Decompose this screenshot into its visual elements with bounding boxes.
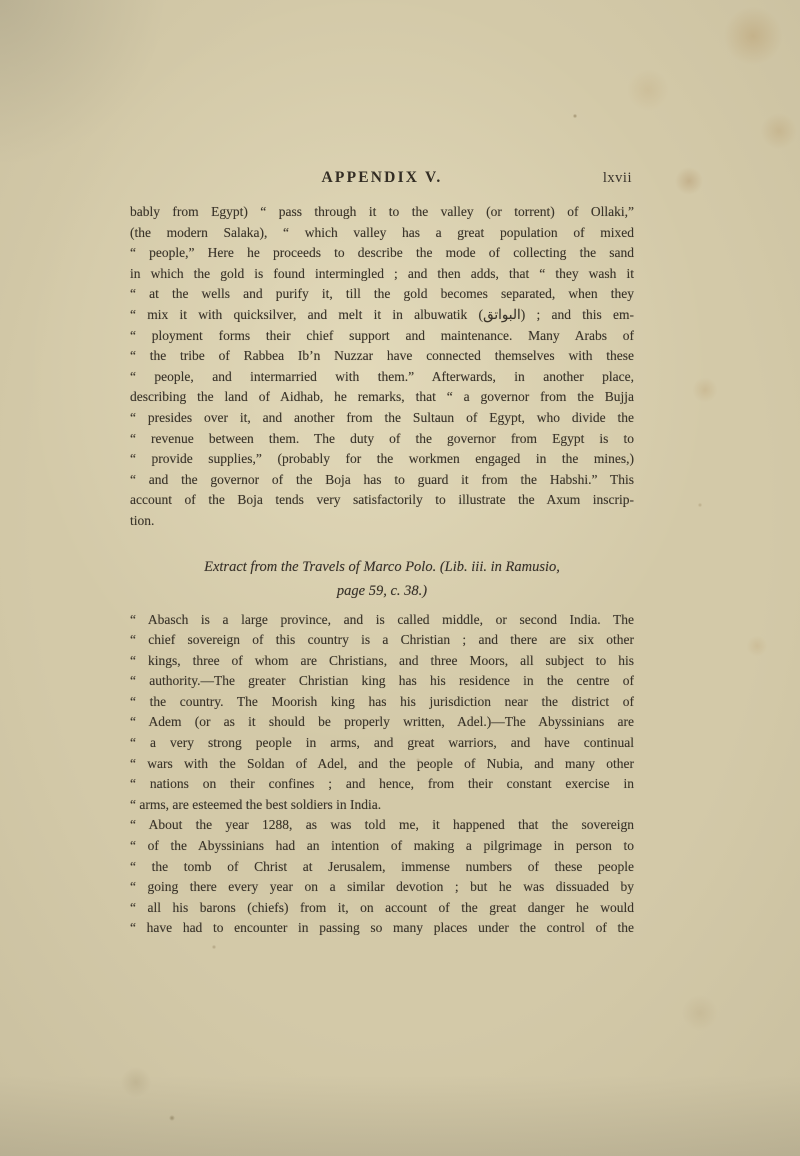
paragraph-year-1288: “ About the year 1288, as was told me, i… xyxy=(130,815,634,939)
text-line: “ the tomb of Christ at Jerusalem, immen… xyxy=(130,857,634,878)
text-line: “ chief sovereign of this country is a C… xyxy=(130,630,634,651)
paragraph-abasch-province: “ Abasch is a large province, and is cal… xyxy=(130,610,634,816)
text-line: “ all his barons (chiefs) from it, on ac… xyxy=(130,898,634,919)
text-line: “ ployment forms their chief support and… xyxy=(130,326,634,347)
text-line: bably from Egypt) “ pass through it to t… xyxy=(130,202,634,223)
text-line: “ have had to encounter in passing so ma… xyxy=(130,918,634,939)
text-line: (the modern Salaka), “ which valley has … xyxy=(130,223,634,244)
text-line: “ revenue between them. The duty of the … xyxy=(130,429,634,450)
section-heading: Extract from the Travels of Marco Polo. … xyxy=(130,555,634,603)
page-header: APPENDIX V. lxvii xyxy=(130,169,634,191)
text-line: “ a very strong people in arms, and grea… xyxy=(130,733,634,754)
text-line: “ presides over it, and another from the… xyxy=(130,408,634,429)
appendix-title: APPENDIX V. xyxy=(130,169,634,187)
text-line: “ kings, three of whom are Christians, a… xyxy=(130,651,634,672)
text-line: in which the gold is found intermingled … xyxy=(130,264,634,285)
heading-line-1: Extract from the Travels of Marco Polo. … xyxy=(130,555,634,579)
text-line: “ About the year 1288, as was told me, i… xyxy=(130,815,634,836)
text-line: “ arms, are esteemed the best soldiers i… xyxy=(130,795,634,816)
text-line: “ people, and intermarried with them.” A… xyxy=(130,367,634,388)
text-line: “ going there every year on a similar de… xyxy=(130,877,634,898)
text-line: “ the tribe of Rabbea Ib’n Nuzzar have c… xyxy=(130,346,634,367)
text-line: “ mix it with quicksilver, and melt it i… xyxy=(130,305,634,326)
heading-line-2: page 59, c. 38.) xyxy=(130,579,634,603)
text-line: describing the land of Aidhab, he remark… xyxy=(130,387,634,408)
text-line: “ Abasch is a large province, and is cal… xyxy=(130,610,634,631)
text-line: “ of the Abyssinians had an intention of… xyxy=(130,836,634,857)
text-line: tion. xyxy=(130,511,634,532)
text-line: “ Adem (or as it should be properly writ… xyxy=(130,712,634,733)
text-line: “ and the governor of the Boja has to gu… xyxy=(130,470,634,491)
text-column: bably from Egypt) “ pass through it to t… xyxy=(130,202,634,939)
paragraph-gold-collection: bably from Egypt) “ pass through it to t… xyxy=(130,202,634,532)
text-line: “ authority.—The greater Christian king … xyxy=(130,671,634,692)
book-page: APPENDIX V. lxvii bably from Egypt) “ pa… xyxy=(0,0,800,1156)
text-line: “ wars with the Soldan of Adel, and the … xyxy=(130,754,634,775)
text-line: “ nations on their confines ; and hence,… xyxy=(130,774,634,795)
page-number: lxvii xyxy=(603,170,632,187)
text-line: “ people,” Here he proceeds to describe … xyxy=(130,243,634,264)
text-line: “ provide supplies,” (probably for the w… xyxy=(130,449,634,470)
text-line: “ at the wells and purify it, till the g… xyxy=(130,284,634,305)
text-line: “ the country. The Moorish king has his … xyxy=(130,692,634,713)
text-line: account of the Boja tends very satisfact… xyxy=(130,490,634,511)
